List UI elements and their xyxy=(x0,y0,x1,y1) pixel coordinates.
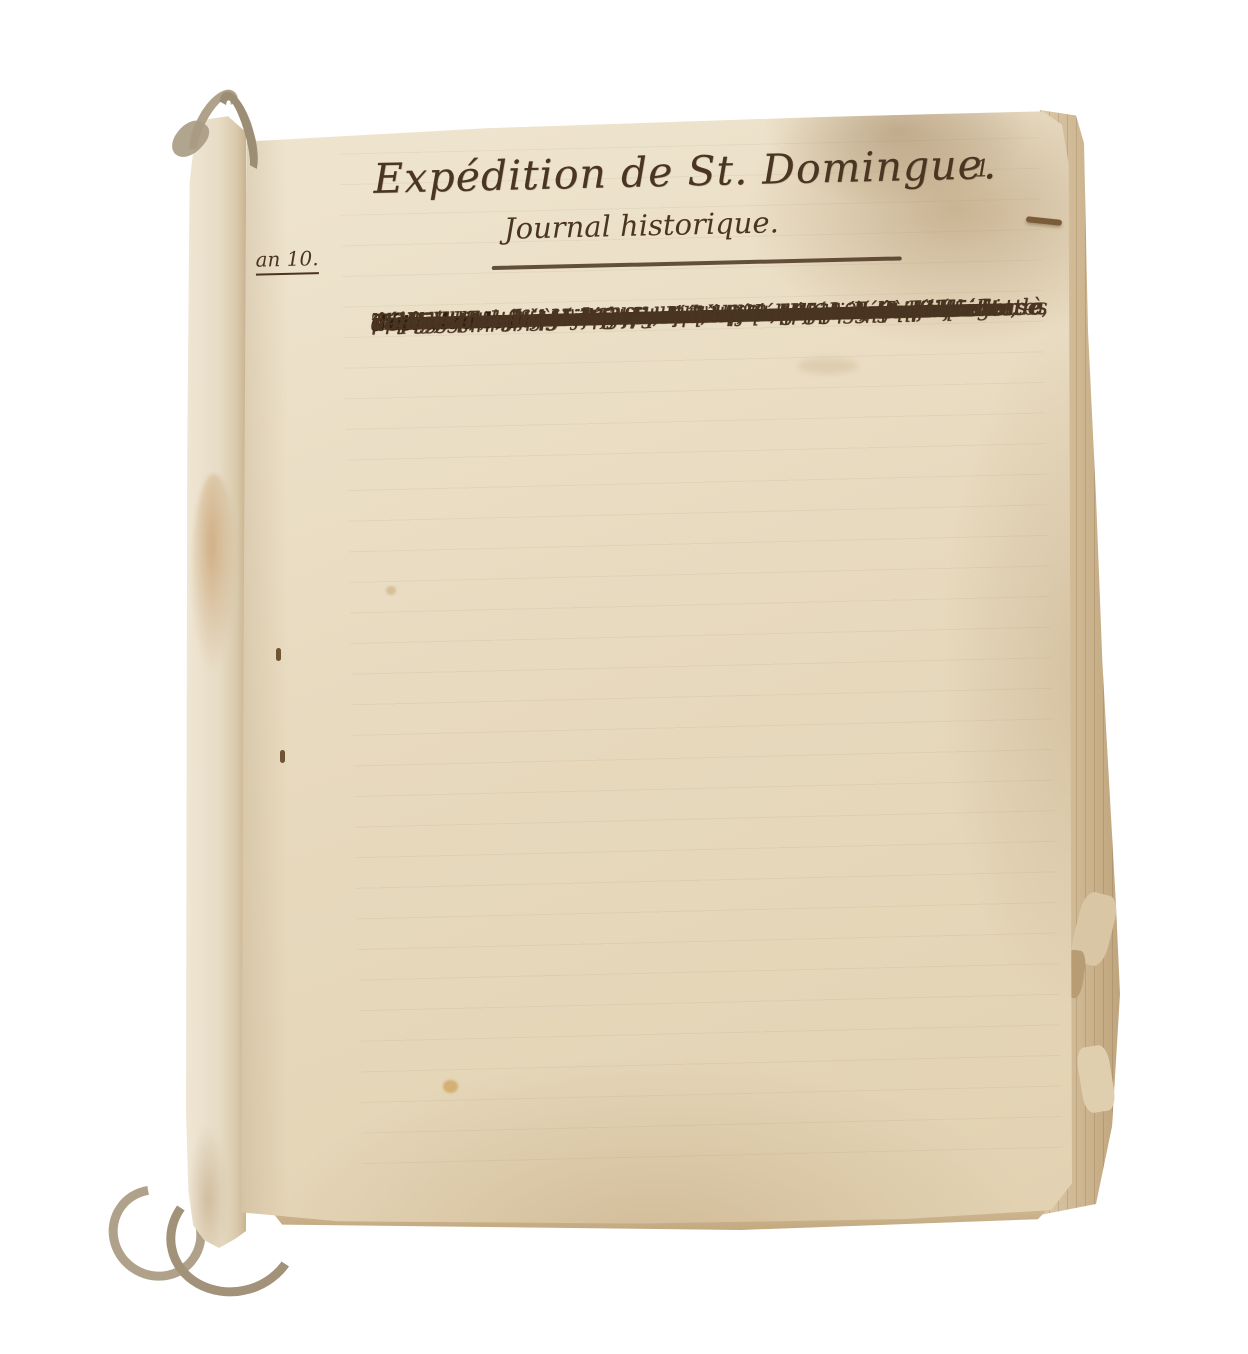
margin-note: an 10. xyxy=(255,246,319,275)
vellum-spine xyxy=(186,114,246,1248)
manuscript-text-layer: 1 Expédition de St. Domingue. Journal hi… xyxy=(238,88,1098,1227)
manuscript-photo: 1 Expédition de St. Domingue. Journal hi… xyxy=(0,0,1248,1354)
manuscript-line: Les nombreux vaisseaux stationnant sur l… xyxy=(371,308,418,340)
age-stain xyxy=(192,474,236,674)
